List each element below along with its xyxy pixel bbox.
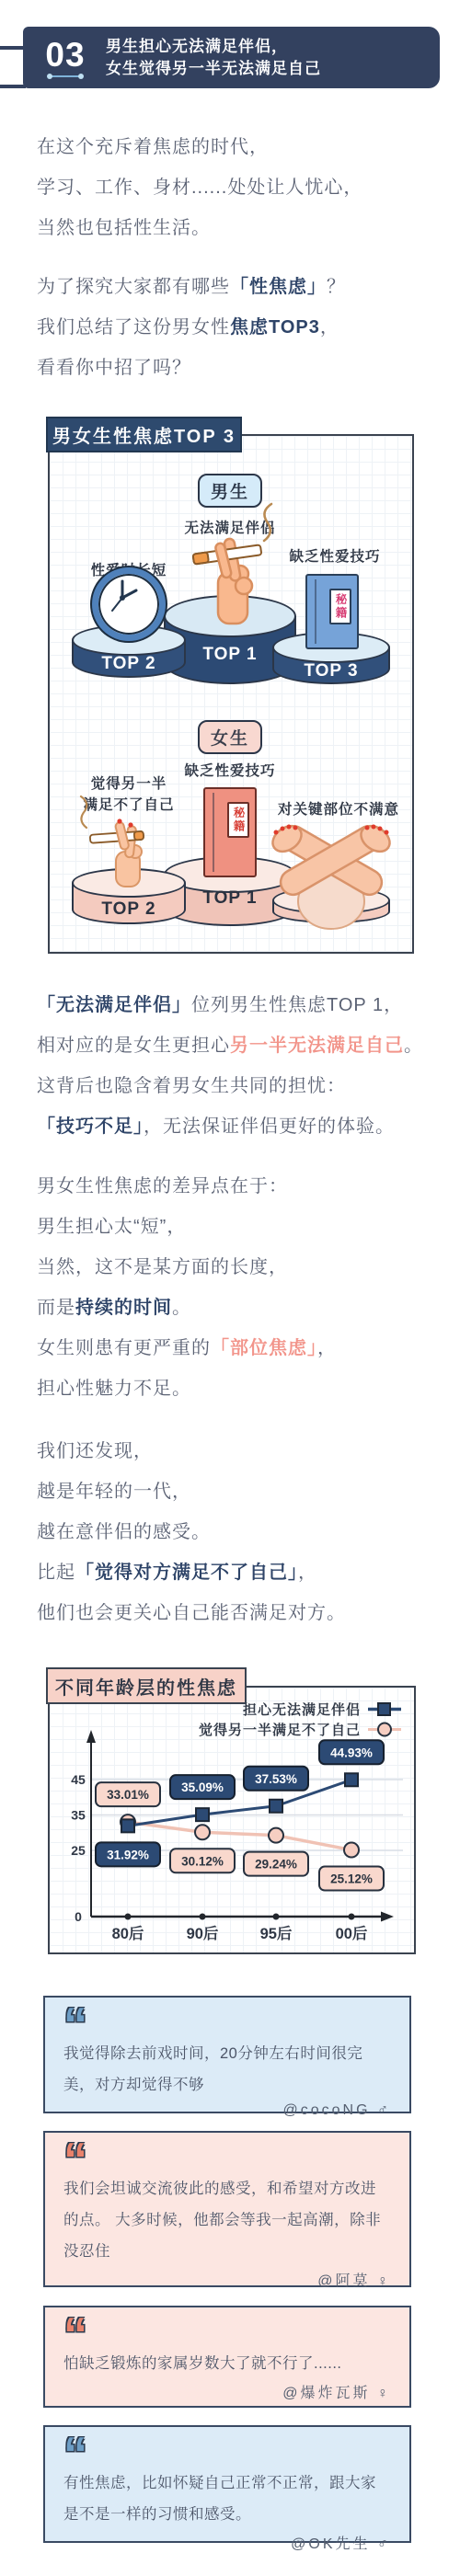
quote-text: 有性焦虑，比如怀疑自己正常不正常，跟大家是不是一样的习惯和感受。 bbox=[63, 2467, 391, 2530]
quote-icon: “ bbox=[63, 2007, 391, 2031]
dotted-underline bbox=[50, 75, 81, 77]
svg-text:35: 35 bbox=[71, 1808, 86, 1823]
svg-text:29.24%: 29.24% bbox=[255, 1858, 297, 1872]
svg-text:35.09%: 35.09% bbox=[181, 1780, 224, 1794]
analysis-text-2: 男女生性焦虑的差异点在于：男生担心太“短”，当然，这不是某方面的长度，而是持续的… bbox=[37, 1166, 460, 1427]
svg-text:30.12%: 30.12% bbox=[181, 1854, 224, 1868]
quote-author: @OK先生 ♂ bbox=[63, 2532, 391, 2553]
infographic-page: 03 男生担心无法满足伴侣， 女生觉得另一半无法满足自己 在这个充斥着焦虑的时代… bbox=[0, 0, 460, 2576]
section-title: 男生担心无法满足伴侣， 女生觉得另一半无法满足自己 bbox=[106, 36, 321, 80]
section-title-line1: 男生担心无法满足伴侣， bbox=[106, 36, 321, 58]
ribbon-line-top bbox=[0, 46, 26, 50]
pedestal-women-top3: TOP 3 bbox=[272, 887, 390, 923]
quote-card: “ 怕缺乏锻炼的家属岁数大了就不行了...... @爆炸瓦斯 ♀ bbox=[43, 2306, 411, 2408]
book-female-icon: 秘籍 bbox=[203, 787, 257, 877]
chart-legend: 担心无法满足伴侣 觉得另一半满足不了自己 bbox=[199, 1699, 401, 1739]
quote-text: 怕缺乏锻炼的家属岁数大了就不行了...... bbox=[63, 2348, 391, 2379]
gender-female-icon: ♀ bbox=[377, 2386, 391, 2401]
svg-text:00后: 00后 bbox=[336, 1924, 368, 1942]
svg-text:31.92%: 31.92% bbox=[107, 1848, 149, 1861]
svg-text:95后: 95后 bbox=[260, 1924, 293, 1942]
legend-marker-square bbox=[368, 1701, 401, 1717]
svg-text:90后: 90后 bbox=[187, 1924, 219, 1942]
quote-author: @cocoNG ♂ bbox=[63, 2102, 391, 2119]
age-chart-box: 担心无法满足伴侣 觉得另一半满足不了自己 453525080后90后95后00后… bbox=[48, 1686, 416, 1954]
women-top1-label: 缺乏性爱技巧 bbox=[184, 760, 275, 780]
men-top1-label: 无法满足伴侣 bbox=[184, 517, 275, 537]
quote-icon: “ bbox=[63, 2436, 391, 2460]
svg-text:44.93%: 44.93% bbox=[330, 1746, 373, 1759]
clock-icon bbox=[92, 567, 166, 641]
badge-men: 男生 bbox=[198, 474, 262, 508]
analysis-text-3: 我们还发现，越是年轻的一代，越在意伴侣的感受。比起「觉得对方满足不了自己」，他们… bbox=[37, 1431, 460, 1652]
rank-label: TOP 2 bbox=[72, 899, 186, 920]
rank-label: TOP 3 bbox=[272, 661, 390, 681]
quote-text: 我们会坦诚交流彼此的感受，和希望对方改进的点。 大多时候，他都会等我一起高潮，除… bbox=[63, 2173, 391, 2267]
legend-label: 担心无法满足伴侣 bbox=[243, 1700, 361, 1719]
badge-women: 女生 bbox=[198, 720, 262, 754]
pedestal-women-top2: TOP 2 bbox=[72, 868, 186, 924]
top3-illustration-box: 男生 无法满足伴侣 性爱时长短 缺乏性爱技巧 TOP 1 TOP 2 TOP 3 bbox=[48, 434, 414, 954]
book-label: 秘籍 bbox=[329, 589, 351, 624]
svg-text:33.01%: 33.01% bbox=[107, 1788, 149, 1802]
women-top2-label-line1: 觉得另一半 bbox=[91, 773, 167, 793]
chart-box-title: 不同年龄层的性焦虑 bbox=[46, 1667, 247, 1704]
quote-icon: “ bbox=[63, 2317, 391, 2341]
top3-box-title: 男女生性焦虑TOP 3 bbox=[46, 417, 242, 452]
svg-text:37.53%: 37.53% bbox=[255, 1772, 297, 1786]
analysis-text-1: 「无法满足伴侣」位列男生性焦虑TOP 1，相对应的是女生更担心另一半无法满足自己… bbox=[37, 985, 460, 1165]
section-number-block: 03 bbox=[41, 39, 89, 77]
quote-card: “ 我们会坦诚交流彼此的感受，和希望对方改进的点。 大多时候，他都会等我一起高潮… bbox=[43, 2131, 411, 2287]
quote-card: “ 我觉得除去前戏时间，20分钟左右时间很完美，对方却觉得不够 @cocoNG … bbox=[43, 1996, 411, 2113]
gender-male-icon: ♂ bbox=[377, 2102, 391, 2118]
women-top3-label: 对关键部位不满意 bbox=[278, 798, 399, 819]
gender-male-icon: ♂ bbox=[377, 2536, 391, 2552]
svg-text:25.12%: 25.12% bbox=[330, 1872, 373, 1886]
section-header: 03 男生担心无法满足伴侣， 女生觉得另一半无法满足自己 bbox=[23, 27, 440, 88]
legend-item-women: 觉得另一半满足不了自己 bbox=[199, 1719, 401, 1739]
quote-icon: “ bbox=[63, 2142, 391, 2166]
quote-text: 我觉得除去前戏时间，20分钟左右时间很完美，对方却觉得不够 bbox=[63, 2038, 391, 2101]
quote-author: @阿莫 ♀ bbox=[63, 2269, 391, 2290]
svg-text:80后: 80后 bbox=[112, 1924, 144, 1942]
intro-text: 在这个充斥着焦虑的时代，学习、工作、身材......处处让人忧心，当然也包括性生… bbox=[37, 127, 460, 406]
men-top3-label: 缺乏性爱技巧 bbox=[289, 545, 380, 566]
quote-author: @爆炸瓦斯 ♀ bbox=[63, 2381, 391, 2402]
svg-text:0: 0 bbox=[75, 1909, 82, 1924]
svg-text:45: 45 bbox=[71, 1772, 86, 1787]
rank-label: TOP 2 bbox=[72, 654, 186, 674]
legend-label: 觉得另一半满足不了自己 bbox=[199, 1720, 361, 1739]
book-label: 秘籍 bbox=[227, 802, 249, 838]
women-top2-label-line2: 满足不了自己 bbox=[83, 794, 174, 814]
gender-female-icon: ♀ bbox=[377, 2273, 391, 2289]
quote-card: “ 有性焦虑，比如怀疑自己正常不正常，跟大家是不是一样的习惯和感受。 @OK先生… bbox=[43, 2425, 411, 2543]
rank-label: TOP 3 bbox=[272, 901, 390, 922]
svg-text:25: 25 bbox=[71, 1843, 86, 1858]
legend-marker-circle bbox=[368, 1722, 401, 1737]
section-title-line2: 女生觉得另一半无法满足自己 bbox=[106, 58, 321, 80]
ribbon-line-bottom bbox=[0, 85, 26, 88]
book-icon: 秘籍 bbox=[305, 574, 359, 649]
section-number: 03 bbox=[41, 39, 89, 72]
